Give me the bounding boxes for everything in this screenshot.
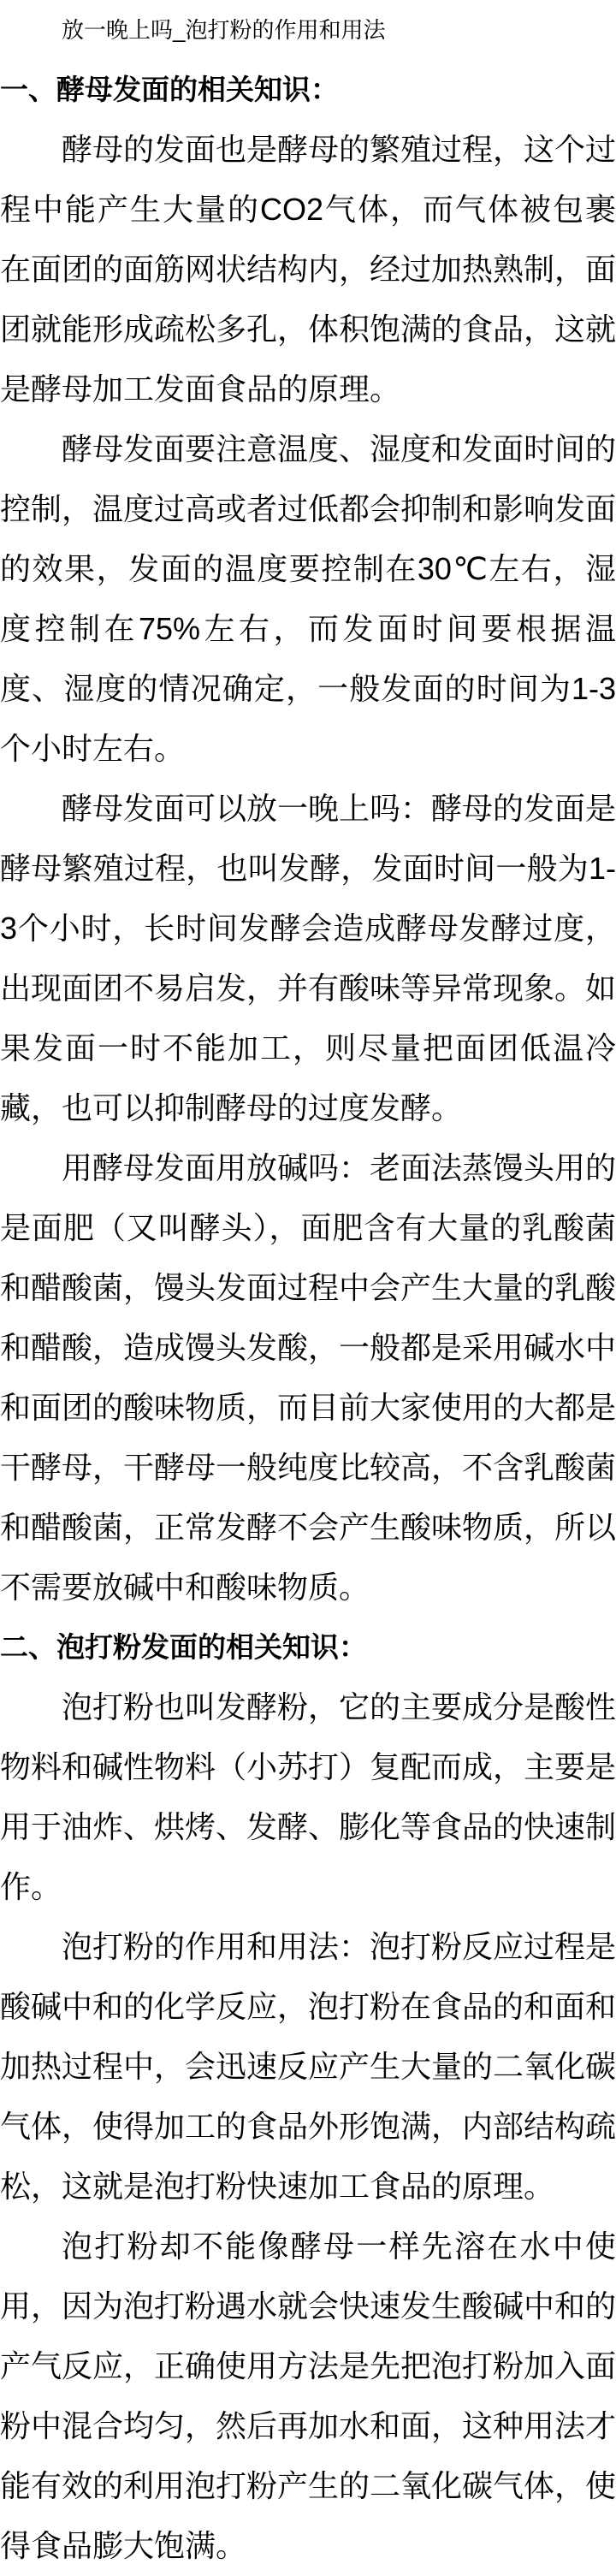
section-heading: 一、酵母发面的相关知识：: [0, 60, 616, 120]
article-paragraph: 用酵母发面用放碱吗：老面法蒸馒头用的是面肥（又叫酵头），面肥含有大量的乳酸菌和醋…: [0, 1138, 616, 1617]
article-title: 放一晚上吗_泡打粉的作用和用法: [0, 0, 616, 60]
article-paragraph: 酵母发面可以放一晚上吗：酵母的发面是酵母繁殖过程，也叫发酵，发面时间一般为1-3…: [0, 779, 616, 1138]
article-paragraph: 酵母发面要注意温度、湿度和发面时间的控制，温度过高或者过低都会抑制和影响发面的效…: [0, 419, 616, 779]
article-paragraph: 泡打粉的作用和用法：泡打粉反应过程是酸碱中和的化学反应，泡打粉在食品的和面和加热…: [0, 1917, 616, 2217]
article-sections: 一、酵母发面的相关知识： 酵母的发面也是酵母的繁殖过程，这个过程中能产生大量的C…: [0, 60, 616, 2576]
article-paragraph: 泡打粉也叫发酵粉，它的主要成分是酸性物料和碱性物料（小苏打）复配而成，主要是用于…: [0, 1677, 616, 1917]
article-paragraph: 酵母的发面也是酵母的繁殖过程，这个过程中能产生大量的CO2气体，而气体被包裹在面…: [0, 120, 616, 419]
section-heading: 二、泡打粉发面的相关知识：: [0, 1617, 616, 1677]
article-paragraph: 泡打粉却不能像酵母一样先溶在水中使用，因为泡打粉遇水就会快速发生酸碱中和的产气反…: [0, 2217, 616, 2576]
article: 放一晚上吗_泡打粉的作用和用法 一、酵母发面的相关知识： 酵母的发面也是酵母的繁…: [0, 0, 616, 2576]
article-section: 二、泡打粉发面的相关知识： 泡打粉也叫发酵粉，它的主要成分是酸性物料和碱性物料（…: [0, 1617, 616, 2576]
article-section: 一、酵母发面的相关知识： 酵母的发面也是酵母的繁殖过程，这个过程中能产生大量的C…: [0, 60, 616, 1617]
